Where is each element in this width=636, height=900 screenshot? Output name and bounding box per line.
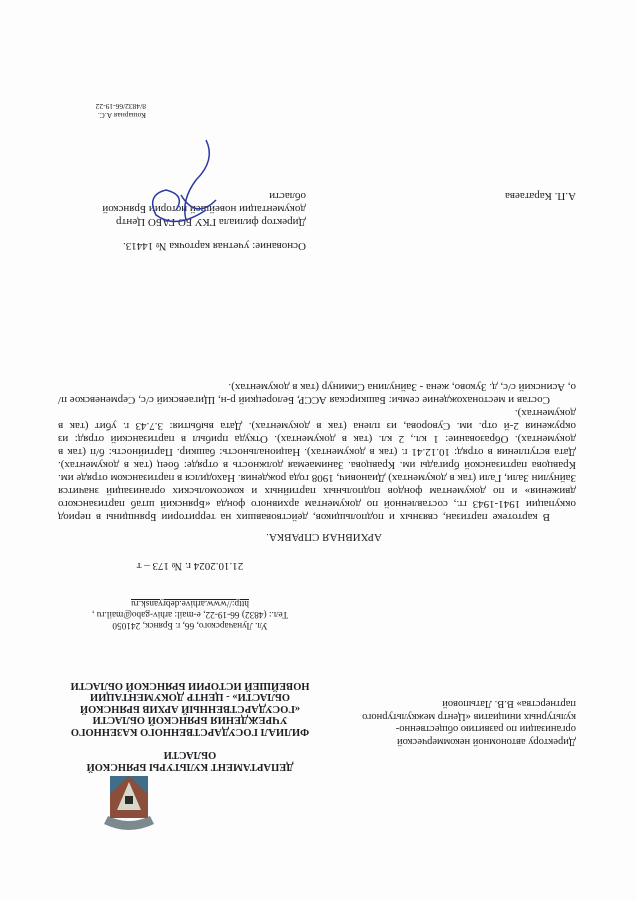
- organization-name: ФИЛИАЛ ГОСУДАРСТВЕННОГО КАЗЕННОГО УЧРЕЖД…: [70, 680, 310, 738]
- document-body: В картотеке партизан, связных и подпольщ…: [58, 380, 576, 523]
- paragraph-main: В картотеке партизан, связных и подпольщ…: [58, 406, 576, 523]
- letterhead: ДЕПАРТАМЕНТ КУЛЬТУРЫ БРЯНСКОЙ ОБЛАСТИ ФИ…: [70, 680, 310, 773]
- bryansk-emblem-icon: [100, 772, 158, 834]
- document-page: ДЕПАРТАМЕНТ КУЛЬТУРЫ БРЯНСКОЙ ОБЛАСТИ ФИ…: [0, 0, 636, 900]
- contact-block: Ул. Луначарского, 66, г. Брянск, 241050 …: [70, 597, 310, 630]
- recipient-block: Директору автономной некоммерческой орга…: [346, 697, 576, 747]
- address: Ул. Луначарского, 66, г. Брянск, 241050: [70, 619, 310, 630]
- registration-number: 21.10.2024 г. № 173 – т: [70, 560, 310, 572]
- paragraph-family: Состав и местонахождение семьи: Башкирск…: [58, 380, 576, 406]
- website-link[interactable]: http://www.arhive.debryansk.ru: [70, 597, 310, 608]
- signer-name: А.П. Каратаева: [505, 190, 576, 202]
- contacts: Тел.: (4832) 66-19-22, e-mail: arhiv-gab…: [70, 608, 310, 619]
- signature-icon: [136, 130, 236, 240]
- basis-line: Основание: учетная карточка № 14413.: [123, 240, 306, 252]
- executor-name: Кошарная А.С.: [96, 111, 146, 120]
- document-title: АРХИВНАЯ СПРАВКА.: [104, 531, 544, 543]
- department-name: ДЕПАРТАМЕНТ КУЛЬТУРЫ БРЯНСКОЙ ОБЛАСТИ: [70, 749, 310, 772]
- executor-block: Кошарная А.С. 8/4832/66-19-22: [96, 102, 146, 120]
- executor-phone: 8/4832/66-19-22: [96, 102, 146, 111]
